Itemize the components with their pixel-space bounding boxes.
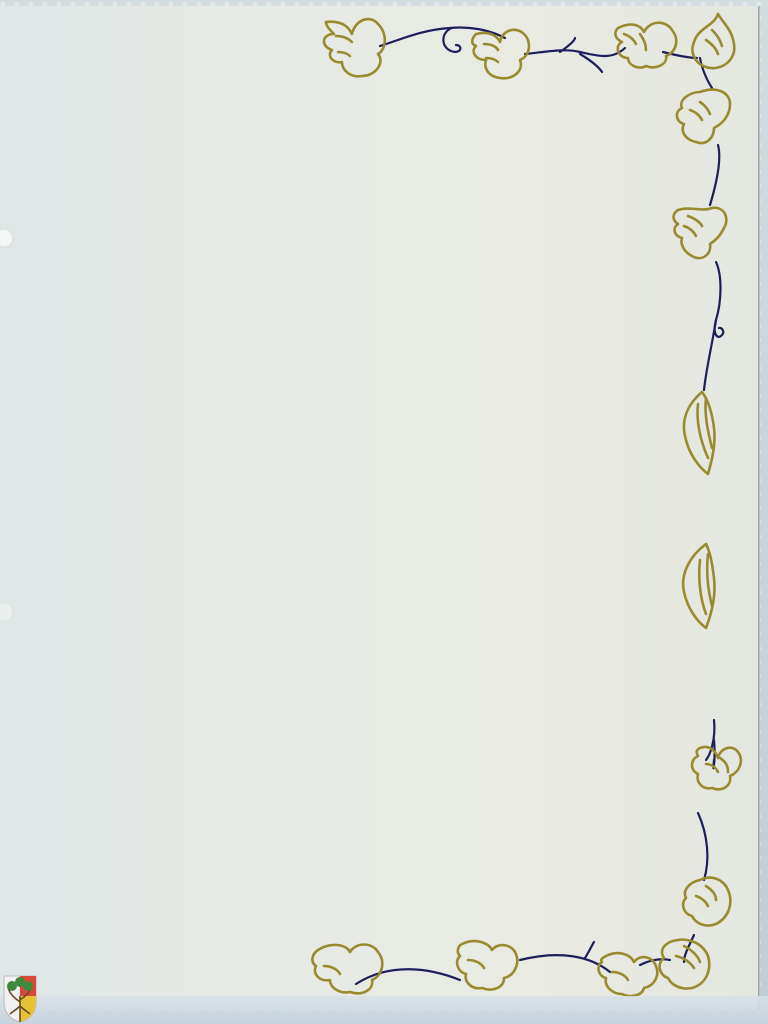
brigade-line: [96, 913, 116, 932]
punch-hole: [0, 602, 14, 622]
section-intro: [96, 650, 116, 669]
punch-hole: [0, 228, 14, 248]
body-text-section: [96, 612, 116, 950]
coat-of-arms-icon: [2, 972, 38, 1024]
brigade-line: [96, 856, 116, 875]
closing-line: [96, 744, 116, 763]
brigade-line: [96, 800, 116, 819]
footer-band: [0, 996, 768, 1024]
